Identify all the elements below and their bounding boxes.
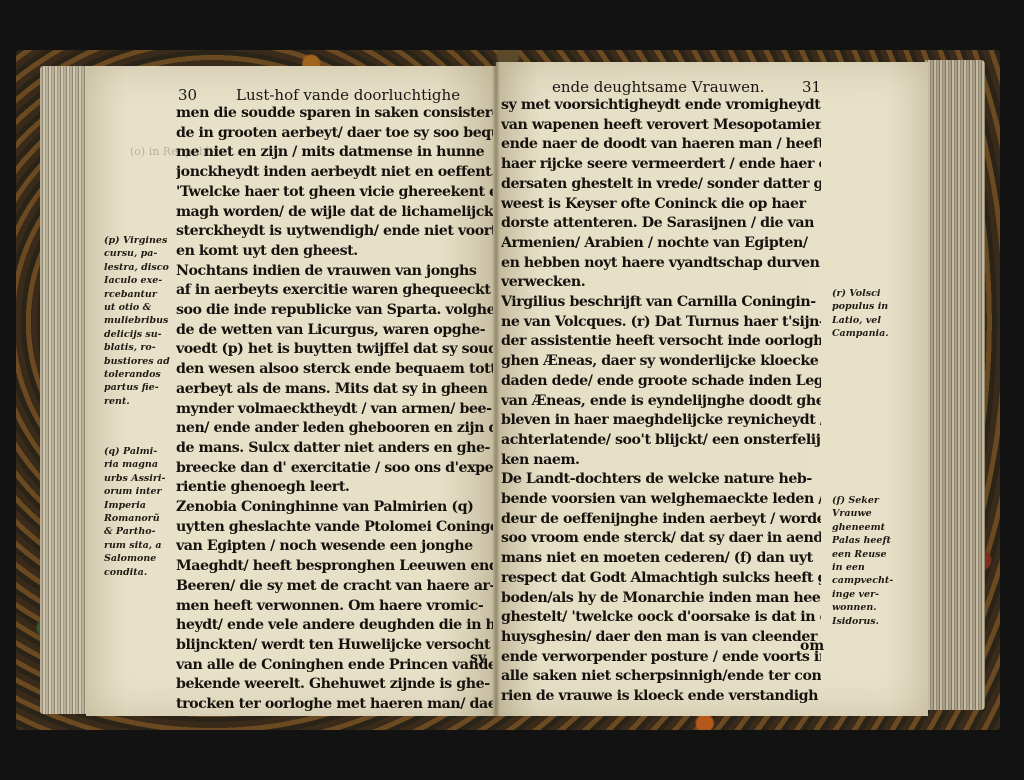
text-line: Latio, vel — [832, 314, 889, 327]
text-line: delicijs su- — [104, 328, 170, 341]
text-line: de de wetten van Licurgus, waren opghe- — [176, 321, 493, 341]
right-page-number: 31 — [802, 78, 821, 96]
text-line: respect dat Godt Almachtigh sulcks heeft… — [501, 569, 821, 589]
text-line: bende voorsien van welghemaeckte leden / — [501, 490, 821, 510]
text-line: nen/ ende ander leden ghebooren en zijn … — [176, 419, 493, 439]
marginal-note-p: (p) Virginescursu, pa-lestra, discoIacul… — [104, 234, 170, 408]
text-line: breecke dan d' exercitatie / soo ons d'e… — [176, 459, 493, 479]
text-line: Nochtans indien de vrauwen van jonghs — [176, 262, 493, 282]
marginal-note-r: (r) Volscipopulus inLatio, velCampania. — [832, 287, 889, 341]
text-line: boden/als hy de Monarchie inden man heef… — [501, 589, 821, 609]
text-line: Beeren/ die sy met de cracht van haere a… — [176, 577, 493, 597]
text-line: haer rijcke seere vermeerdert / ende hae… — [501, 155, 821, 175]
text-line: (r) Volsci — [832, 287, 889, 300]
text-line: & Partho- — [104, 525, 165, 538]
text-line: van wapenen heeft verovert Mesopotamien … — [501, 116, 821, 136]
text-line: rum sita, a — [104, 539, 165, 552]
text-line: een Reuse — [832, 548, 893, 561]
text-line: lestra, disco — [104, 261, 170, 274]
right-page-body: sy met voorsichtigheydt ende vromigheydt… — [501, 96, 821, 707]
text-line: aerbeyt als de mans. Mits dat sy in ghee… — [176, 380, 493, 400]
text-line: heydt/ ende vele andere deughden die in … — [176, 616, 493, 636]
text-line: me niet en zijn / mits datmense in hunne — [176, 143, 493, 163]
text-line: Armenien/ Arabien / nochte van Egipten/ — [501, 234, 821, 254]
text-line: orum inter — [104, 485, 165, 498]
text-line: soo die inde republicke van Sparta. volg… — [176, 301, 493, 321]
text-line: Romanorũ — [104, 512, 165, 525]
text-line: ende verworpender posture / ende voorts … — [501, 648, 821, 668]
text-line: dorste attenteren. De Sarasijnen / die v… — [501, 214, 821, 234]
text-line: daden dede/ ende groote schade inden Leg… — [501, 372, 821, 392]
text-line: de in grooten aerbeyt/ daer toe sy soo b… — [176, 124, 493, 144]
text-line: rcebantur — [104, 288, 170, 301]
text-line: trocken ter oorloghe met haeren man/ dae… — [176, 695, 493, 715]
text-line: Imperia — [104, 499, 165, 512]
text-line: (f) Seker — [832, 494, 893, 507]
left-page-body: men die soudde sparen in saken consister… — [176, 104, 493, 715]
text-line: ghen Æneas, daer sy wonderlijcke kloecke — [501, 352, 821, 372]
text-line: gheneemt — [832, 521, 893, 534]
left-running-head: Lust-hof vande doorluchtighe — [236, 86, 460, 104]
text-line: Iaculo exe- — [104, 274, 170, 287]
book-gutter — [492, 62, 500, 718]
text-line: partus fie- — [104, 381, 170, 394]
text-line: bleven in haer maeghdelijcke reynicheydt… — [501, 411, 821, 431]
text-line: en komt uyt den gheest. — [176, 242, 493, 262]
text-line: sterckheydt is uytwendigh/ ende niet voo… — [176, 222, 493, 242]
text-line: blijnckten/ werdt ten Huwelijcke versoch… — [176, 636, 493, 656]
text-line: Maeghdt/ heeft bespronghen Leeuwen ende — [176, 557, 493, 577]
text-line: condita. — [104, 566, 165, 579]
text-line: De Landt-dochters de welcke nature heb- — [501, 470, 821, 490]
right-catchword: om — [800, 638, 824, 654]
marginal-note-q: (q) Palmi-ria magnaurbs Assiri-orum inte… — [104, 445, 165, 579]
left-page-number: 30 — [178, 86, 197, 104]
text-line: alle saken niet scherpsinnigh/ende ter c… — [501, 667, 821, 687]
text-line: ghestelt/ 'twelcke oock d'oorsake is dat… — [501, 608, 821, 628]
text-line: inge ver- — [832, 588, 893, 601]
text-line: weest is Keyser ofte Coninck die op haer — [501, 195, 821, 215]
text-line: Vrauwe — [832, 507, 893, 520]
text-line: rientie ghenoegh leert. — [176, 478, 493, 498]
text-line: bustiores ad — [104, 355, 170, 368]
text-line: bekende weerelt. Ghehuwet zijnde is ghe- — [176, 675, 493, 695]
text-line: Isidorus. — [832, 615, 893, 628]
book-photo: (o) in Re- publica ... 30 Lust-hof vande… — [0, 0, 1024, 780]
text-line: den wesen alsoo sterck ende bequaem tott… — [176, 360, 493, 380]
marginal-note-f: (f) SekerVrauwegheneemtPalas heefteen Re… — [832, 494, 893, 628]
text-line: mynder volmaecktheydt / van armen/ bee- — [176, 400, 493, 420]
text-line: men die soudde sparen in saken consister… — [176, 104, 493, 124]
text-line: (q) Palmi- — [104, 445, 165, 458]
right-running-head: ende deughtsame Vrauwen. — [552, 78, 764, 96]
text-line: ria magna — [104, 458, 165, 471]
text-line: tolerandos — [104, 368, 170, 381]
text-line: in een — [832, 561, 893, 574]
text-line: men heeft verwonnen. Om haere vromic- — [176, 597, 493, 617]
text-line: 'Twelcke haer tot gheen vicie ghereekent… — [176, 183, 493, 203]
text-line: van Egipten / noch wesende een jonghe — [176, 537, 493, 557]
text-line: jonckheydt inden aerbeydt niet en oeffen… — [176, 163, 493, 183]
text-line: van Æneas, ende is eyndelijnghe doodt gh… — [501, 392, 821, 412]
text-line: Campania. — [832, 327, 889, 340]
text-line: soo vroom ende sterck/ dat sy daer in ae… — [501, 529, 821, 549]
text-line: magh worden/ de wijle dat de lichamelijc… — [176, 203, 493, 223]
text-line: ut otio & — [104, 301, 170, 314]
text-line: muliebribus — [104, 314, 170, 327]
text-line: af in aerbeyts exercitie waren ghequeeck… — [176, 281, 493, 301]
text-line: sy met voorsichtigheydt ende vromigheydt — [501, 96, 821, 116]
text-line: blatis, ro- — [104, 341, 170, 354]
text-line: der assistentie heeft versocht inde oorl… — [501, 332, 821, 352]
text-line: campvecht- — [832, 574, 893, 587]
text-line: cursu, pa- — [104, 247, 170, 260]
text-line: dersaten ghestelt in vrede/ sonder datte… — [501, 175, 821, 195]
text-line: (p) Virgines — [104, 234, 170, 247]
text-line: achterlatende/ soo't blijckt/ een onster… — [501, 431, 821, 451]
text-line: rent. — [104, 395, 170, 408]
text-line: ken naem. — [501, 451, 821, 471]
text-line: verwecken. — [501, 273, 821, 293]
text-line: voedt (p) het is buytten twijffel dat sy… — [176, 340, 493, 360]
text-line: Palas heeft — [832, 534, 893, 547]
text-line: wonnen. — [832, 601, 893, 614]
text-line: urbs Assiri- — [104, 472, 165, 485]
text-line: mans niet en moeten cederen/ (f) dan uyt — [501, 549, 821, 569]
text-line: deur de oeffenijnghe inden aerbeyt / wor… — [501, 510, 821, 530]
text-line: Virgilius beschrijft van Carnilla Coning… — [501, 293, 821, 313]
text-line: Zenobia Coninghinne van Palmirien (q) — [176, 498, 493, 518]
text-line: en hebben noyt haere vyandtschap durven — [501, 254, 821, 274]
text-line: huysghesin/ daer den man is van cleender — [501, 628, 821, 648]
left-catchword: sy — [470, 650, 486, 666]
text-line: Salomone — [104, 552, 165, 565]
text-line: van alle de Coninghen ende Princen vande — [176, 656, 493, 676]
right-page-stack — [925, 60, 985, 710]
text-line: de mans. Sulcx datter niet anders en ghe… — [176, 439, 493, 459]
left-page-stack — [40, 66, 88, 714]
text-line: ne van Volcques. (r) Dat Turnus haer t's… — [501, 313, 821, 333]
text-line: populus in — [832, 300, 889, 313]
text-line: ende naer de doodt van haeren man / heef… — [501, 135, 821, 155]
text-line: rien de vrauwe is kloeck ende verstandig… — [501, 687, 821, 707]
text-line: uytten gheslachte vande Ptolomei Coninge… — [176, 518, 493, 538]
